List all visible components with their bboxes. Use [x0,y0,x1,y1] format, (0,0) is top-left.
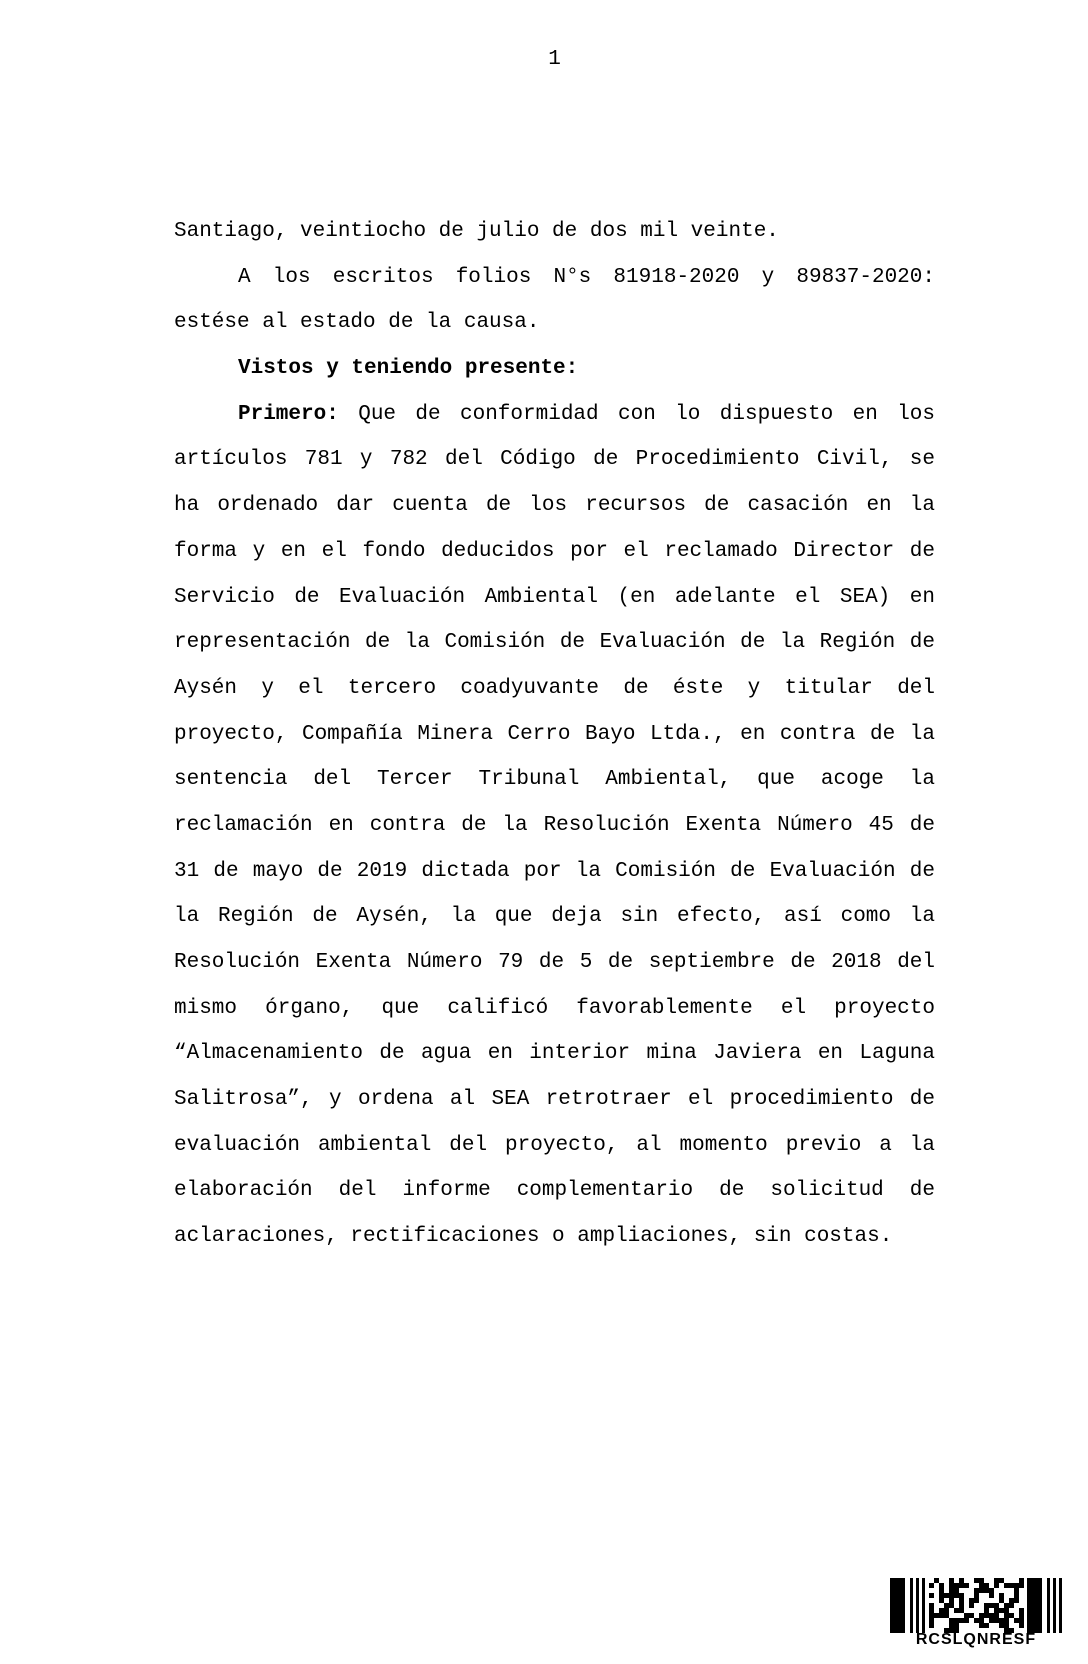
text-line: “Almacenamiento de agua en interior mina… [174,1031,935,1077]
text-line: Vistos y teniendo presente: [174,346,935,392]
text-segment: Servicio de Evaluación Ambiental (en ade… [174,586,935,609]
text-segment: representación de la Comisión de Evaluac… [174,631,935,654]
text-line: estése al estado de la causa. [174,300,935,346]
text-line: Servicio de Evaluación Ambiental (en ade… [174,575,935,621]
text-line: ha ordenado dar cuenta de los recursos d… [174,483,935,529]
text-segment: mismo órgano, que calificó favorablement… [174,997,935,1020]
barcode-bar [1027,1578,1042,1633]
text-line: sentencia del Tercer Tribunal Ambiental,… [174,757,935,803]
text-line: proyecto, Compañía Minera Cerro Bayo Ltd… [174,712,935,758]
text-segment: evaluación ambiental del proyecto, al mo… [174,1134,935,1157]
text-segment: ha ordenado dar cuenta de los recursos d… [174,494,935,517]
text-line: evaluación ambiental del proyecto, al mo… [174,1123,935,1169]
text-segment: Que de conformidad con lo dispuesto en l… [339,403,935,426]
text-line: la Región de Aysén, la que deja sin efec… [174,894,935,940]
scanned-court-document-page: 1 Santiago, veintiocho de julio de dos m… [0,0,1088,1664]
text-segment: aclaraciones, rectificaciones o ampliaci… [174,1225,892,1248]
text-line: Salitrosa”, y ordena al SEA retrotraer e… [174,1077,935,1123]
text-line: forma y en el fondo deducidos por el rec… [174,529,935,575]
barcode-label: RCSLQNRESF [890,1631,1062,1649]
barcode-bar [1059,1578,1062,1633]
barcode-image [890,1578,1062,1633]
document-body: Santiago, veintiocho de julio de dos mil… [174,209,935,1260]
text-segment: sentencia del Tercer Tribunal Ambiental,… [174,768,935,791]
page-number: 1 [174,48,935,71]
text-line: A los escritos folios N°s 81918-2020 y 8… [174,255,935,301]
text-segment: 31 de mayo de 2019 dictada por la Comisi… [174,860,935,883]
text-line: Primero: Que de conformidad con lo dispu… [174,392,935,438]
text-line: reclamación en contra de la Resolución E… [174,803,935,849]
text-line: artículos 781 y 782 del Código de Proced… [174,437,935,483]
barcode-matrix [929,1578,1024,1633]
text-segment: “Almacenamiento de agua en interior mina… [174,1042,935,1065]
text-line: elaboración del informe complementario d… [174,1168,935,1214]
text-segment: la Región de Aysén, la que deja sin efec… [174,905,935,928]
text-line: mismo órgano, que calificó favorablement… [174,986,935,1032]
text-segment: artículos 781 y 782 del Código de Proced… [174,448,935,471]
text-segment: Resolución Exenta Número 79 de 5 de sept… [174,951,935,974]
barcode-bar [890,1578,905,1633]
text-segment-bold: Primero: [238,403,339,426]
text-line: representación de la Comisión de Evaluac… [174,620,935,666]
text-line: Santiago, veintiocho de julio de dos mil… [174,209,935,255]
text-segment-bold: Vistos y teniendo presente: [238,357,578,380]
text-segment: Santiago, veintiocho de julio de dos mil… [174,220,779,243]
text-segment: proyecto, Compañía Minera Cerro Bayo Ltd… [174,723,935,746]
text-segment: Salitrosa”, y ordena al SEA retrotraer e… [174,1088,935,1111]
text-segment: Aysén y el tercero coadyuvante de éste y… [174,677,935,700]
text-line: Aysén y el tercero coadyuvante de éste y… [174,666,935,712]
text-segment: elaboración del informe complementario d… [174,1179,935,1202]
text-segment: A los escritos folios N°s 81918-2020 y 8… [238,266,935,289]
text-line: aclaraciones, rectificaciones o ampliaci… [174,1214,935,1260]
text-segment: estése al estado de la causa. [174,311,539,334]
text-line: 31 de mayo de 2019 dictada por la Comisi… [174,849,935,895]
text-segment: reclamación en contra de la Resolución E… [174,814,935,837]
text-line: Resolución Exenta Número 79 de 5 de sept… [174,940,935,986]
text-segment: forma y en el fondo deducidos por el rec… [174,540,935,563]
